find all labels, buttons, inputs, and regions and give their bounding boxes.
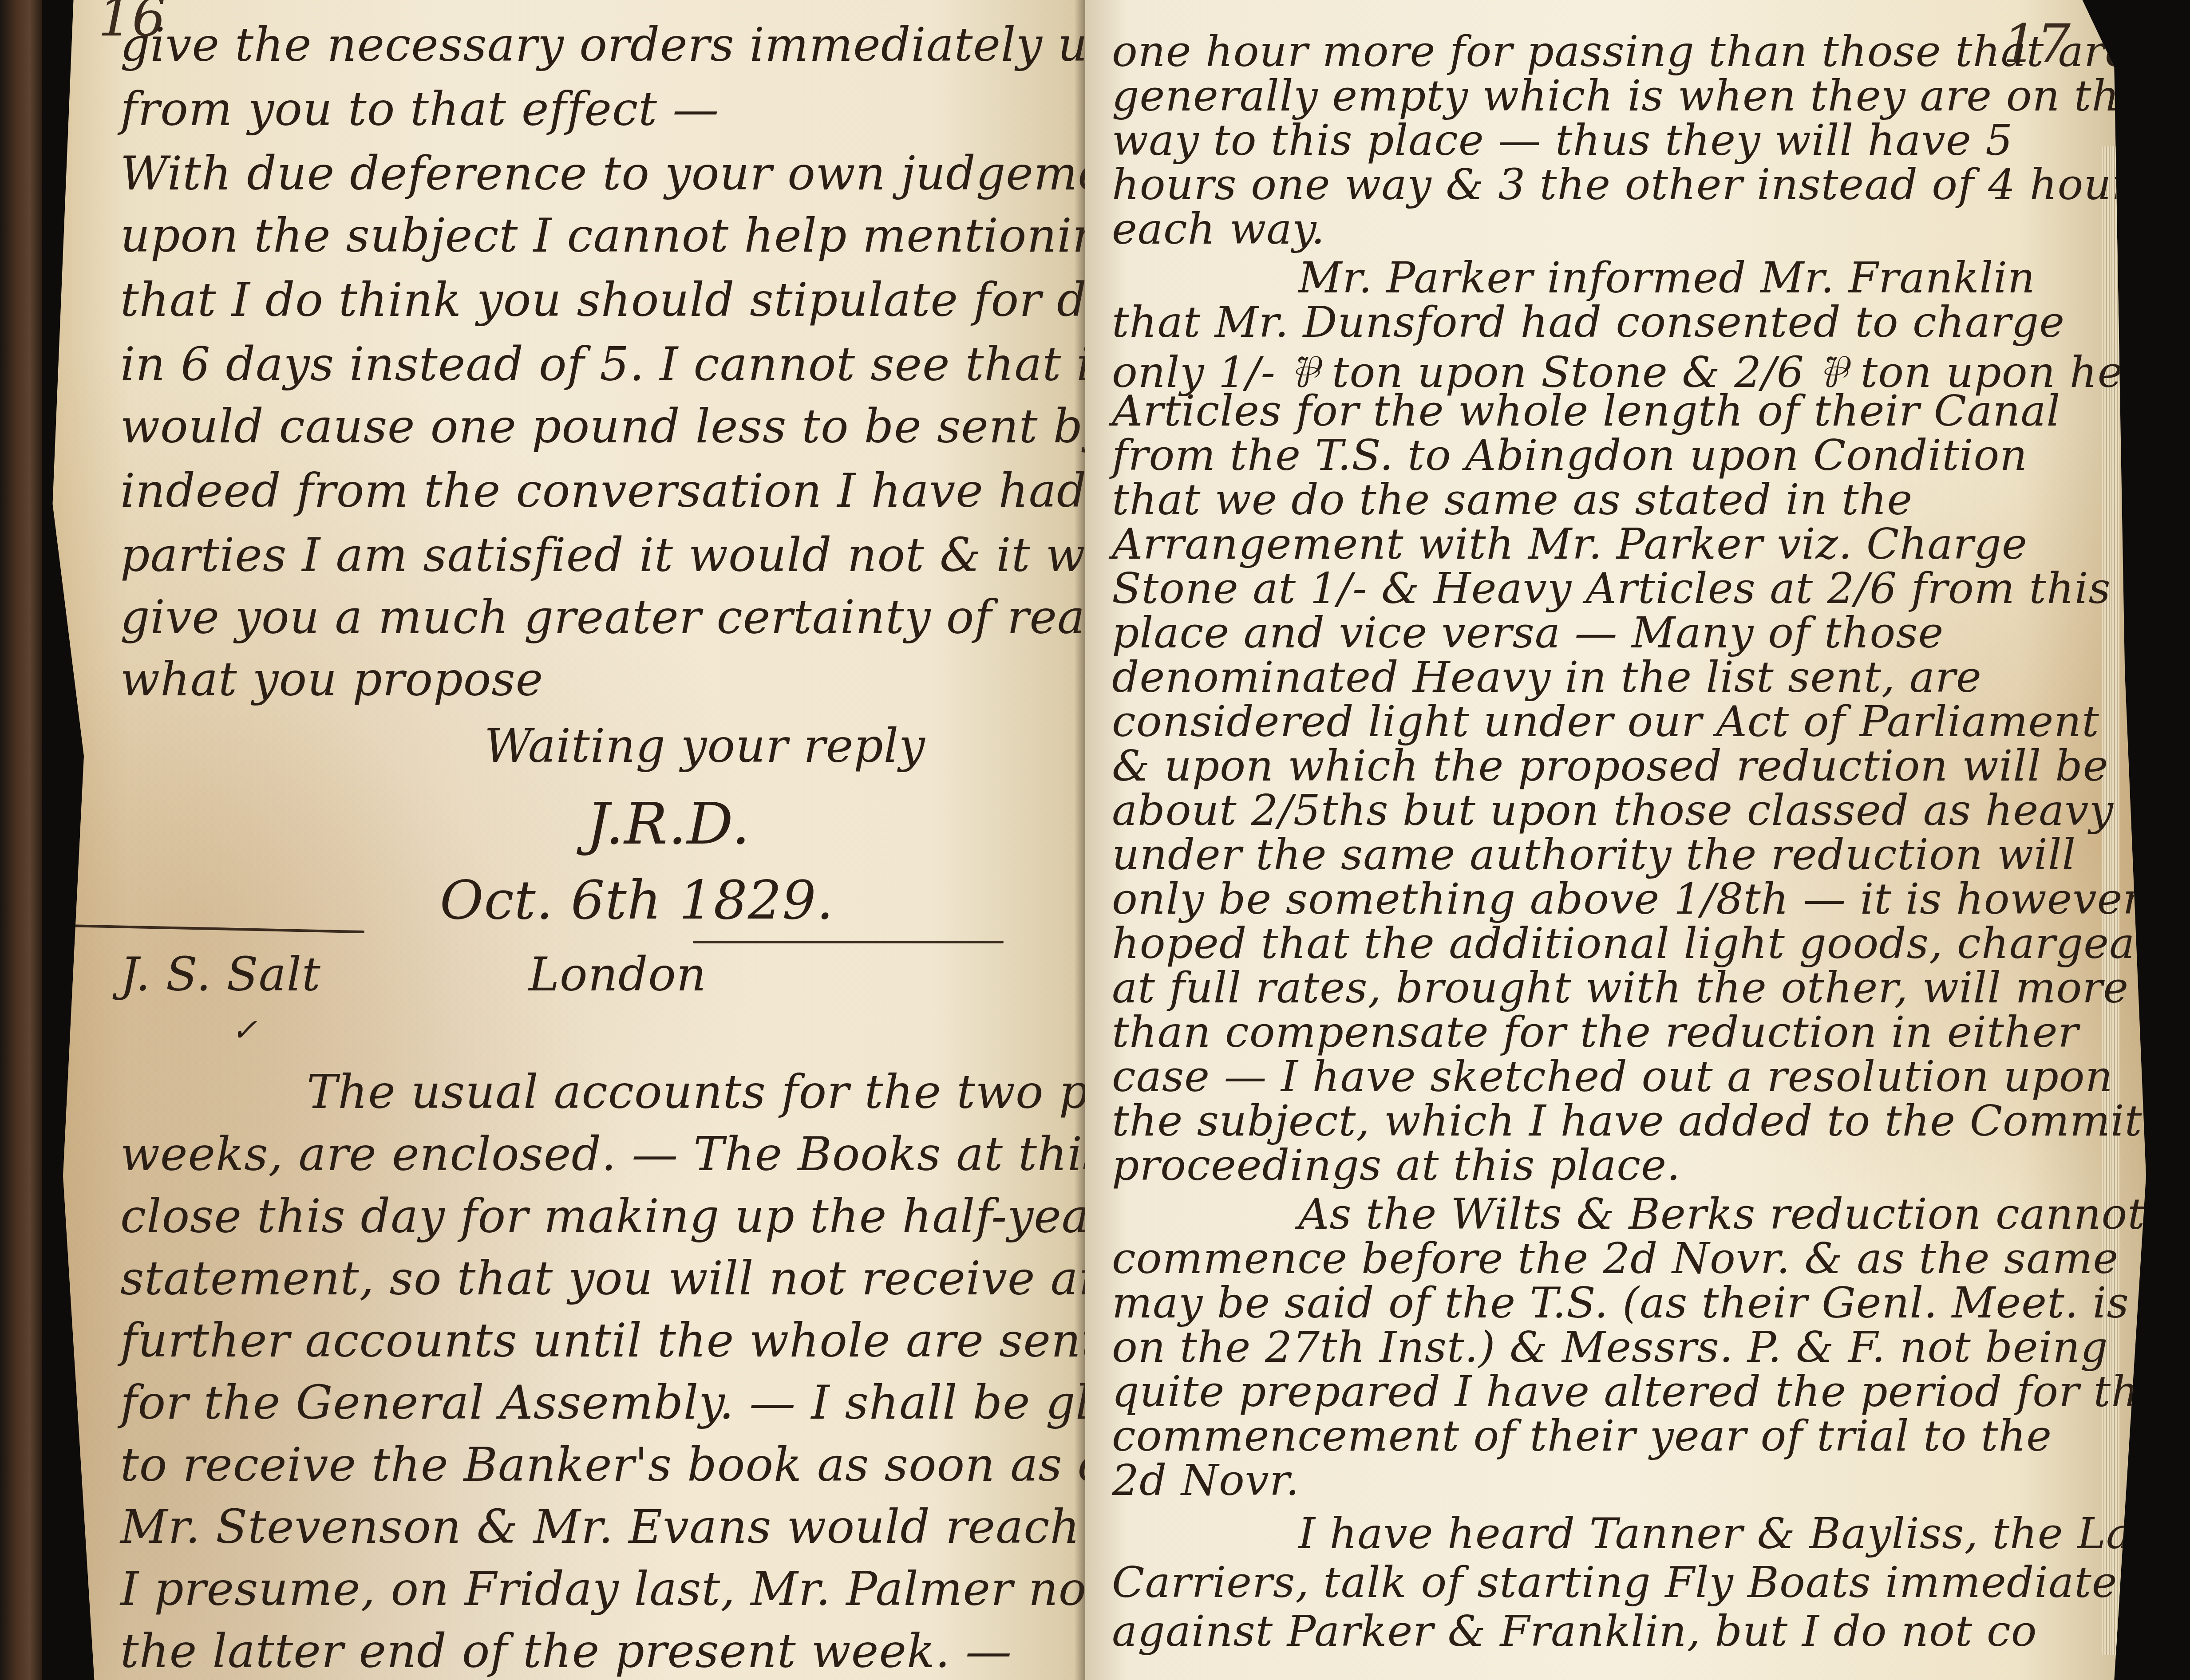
text-line: in 6 days instead of 5. I cannot see tha… [120, 337, 1111, 391]
text-line: that Mr. Dunsford had consented to charg… [1112, 297, 2065, 347]
text-line: quite prepared I have altered the period… [1112, 1367, 2165, 1416]
check-mark: ✓ [120, 1012, 258, 1048]
text-line: give you a much greater certainty of rea… [120, 590, 1216, 644]
place: London [120, 947, 707, 1002]
text-line: on the 27th Inst.) & Messrs. P. & F. not… [1112, 1322, 2108, 1372]
text-line: considered light under our Act of Parlia… [1112, 697, 2099, 746]
text-line: further accounts until the whole are sen… [120, 1313, 1100, 1368]
text-line: only be something above 1/8th — it is ho… [1112, 874, 2190, 924]
text-line: hours one way & 3 the other instead of 4… [1112, 160, 2154, 209]
text-line: As the Wilts & Berks reduction cannot [1112, 1189, 2145, 1239]
open-ledger: 16 give the necessary orders immediately… [0, 0, 2190, 1680]
text-line: against Parker & Franklin, but I do not … [1112, 1606, 2037, 1656]
text-line: at full rates, brought with the other, w… [1112, 963, 2129, 1013]
text-line: commence before the 2d Novr. & as the sa… [1112, 1234, 2119, 1283]
closing-line: Waiting your reply [120, 719, 925, 773]
text-line: from the T.S. to Abingdon upon Condition [1112, 430, 2028, 480]
right-page: 17 one hour more for passing than those … [1085, 0, 2146, 1680]
text-line: close this day for making up the half-ye… [120, 1189, 1154, 1243]
text-line: case — I have sketched out a resolution … [1112, 1052, 2113, 1101]
text-line: from you to that effect — [120, 82, 719, 136]
text-line: under the same authority the reduction w… [1112, 830, 2076, 879]
text-line: Stone at 1/- & Heavy Articles at 2/6 fro… [1112, 564, 2111, 613]
text-line: Arrangement with Mr. Parker viz. Charge [1112, 519, 2028, 569]
text-line: commencement of their year of trial to t… [1112, 1411, 2052, 1461]
text-line: Mr. Parker informed Mr. Franklin [1112, 253, 2036, 303]
text-line: about 2/5ths but upon those classed as h… [1112, 785, 2114, 835]
entry-date: Oct. 6th 1829. [120, 870, 834, 931]
text-line: parties I am satisfied it would not & it… [120, 528, 1189, 582]
text-line: statement, so that you will not receive … [120, 1251, 1135, 1305]
text-line: that we do the same as stated in the [1112, 475, 1913, 525]
text-line: would cause one pound less to be sent by… [120, 399, 1210, 454]
text-line: the subject, which I have added to the C… [1112, 1096, 2190, 1146]
initials-signature: J.R.D. [120, 790, 750, 857]
entry-divider [693, 941, 1004, 943]
text-line: hoped that the additional light goods, c… [1112, 919, 2190, 968]
text-line: With due deference to your own judgement [120, 146, 1155, 201]
text-line: generally empty which is when they are o… [1112, 71, 2180, 121]
text-line: The usual accounts for the two past [120, 1065, 1160, 1119]
text-line: way to this place — thus they will have … [1112, 115, 2013, 165]
book-cover-edge [0, 0, 42, 1680]
text-line: & upon which the proposed reduction will… [1112, 741, 2109, 791]
text-line: proceedings at this place. [1112, 1140, 1680, 1190]
text-line: Articles for the whole length of their C… [1112, 386, 2060, 436]
left-page: 16 give the necessary orders immediately… [42, 0, 1085, 1680]
text-line: the latter end of the present week. — [120, 1624, 1012, 1678]
text-line: denominated Heavy in the list sent, are [1112, 652, 1982, 702]
text-line: place and vice versa — Many of those [1112, 608, 1944, 658]
text-line: what you propose [120, 652, 543, 706]
text-line: than compensate for the reduction in eit… [1112, 1007, 2079, 1057]
text-line: may be said of the T.S. (as their Genl. … [1112, 1278, 2129, 1328]
text-line: Carriers, talk of starting Fly Boats imm… [1112, 1558, 2156, 1607]
text-line: each way. [1112, 204, 1325, 254]
text-line: 2d Novr. [1112, 1455, 1300, 1505]
text-line: upon the subject I cannot help mentionin… [120, 209, 1132, 263]
text-line: I have heard Tanner & Bayliss, the Land [1112, 1509, 2187, 1558]
text-line: for the General Assembly. — I shall be g… [120, 1376, 1149, 1430]
text-line: one hour more for passing than those tha… [1112, 27, 2131, 76]
